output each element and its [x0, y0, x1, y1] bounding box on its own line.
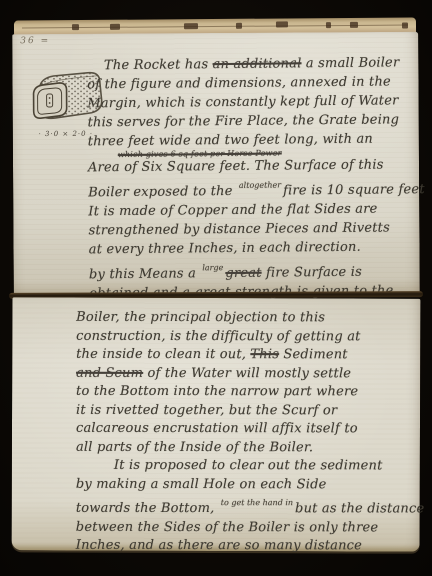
handwritten-text: fire Surface is [262, 265, 362, 281]
manuscript-line: towards the Bottom, to get the hand inbu… [76, 494, 416, 519]
handwritten-text: three feet wide and two feet long, with … [88, 132, 373, 150]
handwritten-text: at every three Inches, in each direction… [89, 240, 361, 258]
handwritten-body-bottom: Boiler, the principal objection to thisc… [76, 309, 416, 556]
handwritten-text: It is proposed to clear out the sediment [114, 458, 383, 473]
handwritten-text: all parts of the Inside of the Boiler. [76, 439, 313, 454]
handwritten-text: by this Means a [89, 266, 201, 282]
manuscript-line: between the Sides of the Boiler is only … [76, 518, 416, 537]
stitch-mark [236, 23, 242, 29]
handwritten-text: Sediment [279, 347, 348, 362]
handwritten-text: calcareous encrustation will affix itsel… [76, 421, 358, 436]
stitch-mark [184, 23, 198, 29]
handwritten-text: Inches, and as there are so many distanc… [76, 538, 362, 553]
margin-annotation: 36 = [20, 36, 50, 46]
handwritten-text: of the figure and dimensions, annexed in… [87, 74, 391, 92]
page-bottom: Boiler, the principal objection to thisc… [12, 297, 421, 551]
manuscript-line: the inside to clean it out, This Sedimen… [76, 346, 416, 365]
interlinear-insertion: large [202, 263, 223, 272]
manuscript-line: it is rivetted together, but the Scurf o… [76, 401, 416, 420]
handwritten-text: Margin, which is constantly kept full of… [87, 93, 398, 111]
manuscript-line: by this Means a largegreat fire Surface … [89, 256, 417, 284]
struck-out-text: This [250, 347, 279, 362]
handwritten-text: of the Water will mostly settle [143, 365, 351, 380]
handwritten-text: between the Sides of the Boiler is only … [76, 519, 379, 535]
interlinear-insertion: to get the hand in [221, 498, 293, 507]
page-top: 36 = [12, 32, 420, 296]
stitch-mark [350, 22, 358, 28]
manuscript-line: construction, is the difficulty of getti… [76, 327, 416, 346]
stitch-mark [72, 24, 79, 30]
manuscript-line: Boiler, the principal objection to this [76, 309, 416, 328]
stitch-mark [326, 22, 331, 28]
handwritten-text: strengthened by distance Pieces and Rive… [89, 220, 391, 238]
struck-out-text: an additional [213, 56, 302, 72]
handwritten-text: the inside to clean it out, [76, 347, 250, 362]
handwritten-body-top: The Rocket has an additional a small Boi… [87, 53, 417, 303]
manuscript-line: strengthened by distance Pieces and Rive… [88, 218, 416, 240]
struck-out-text: great [225, 266, 261, 281]
handwritten-text: towards the Bottom, [76, 501, 219, 516]
handwritten-text: The Rocket has [104, 57, 213, 73]
stitch-mark [276, 21, 288, 27]
handwritten-text: It is made of Copper and the flat Sides … [88, 202, 377, 220]
handwritten-text: Area of Six Square feet. The Surface of … [88, 158, 384, 176]
struck-out-text: and Scum [76, 365, 143, 380]
handwritten-text: this serves for the Fire Place, the Grat… [87, 112, 399, 130]
manuscript-line: Boiler exposed to the altogetherfire is … [88, 174, 416, 202]
manuscript-line: and Scum of the Water will mostly settle [76, 364, 416, 383]
manuscript-line: calcareous encrustation will affix itsel… [76, 420, 416, 439]
handwritten-text: construction, is the difficulty of getti… [76, 328, 360, 343]
handwritten-text: Boiler, the principal objection to this [76, 310, 325, 325]
stitch-mark [402, 22, 408, 28]
manuscript-line: Inches, and as there are so many distanc… [76, 537, 416, 556]
handwritten-text: a small Boiler [301, 55, 399, 71]
manuscript-line: by making a small Hole on each Side [76, 475, 416, 494]
handwritten-text: to the Bottom into the narrow part where [76, 384, 358, 399]
handwritten-text: by making a small Hole on each Side [76, 476, 327, 491]
handwritten-text: but as the distance [295, 501, 424, 516]
stitch-mark [110, 24, 120, 30]
manuscript-line: to the Bottom into the narrow part where [76, 383, 416, 402]
manuscript-scan: 36 = [0, 0, 432, 576]
manuscript-line: all parts of the Inside of the Boiler. [76, 438, 416, 457]
handwritten-text: fire is 10 square feet [283, 182, 425, 198]
handwritten-text: it is rivetted together, but the Scurf o… [76, 402, 337, 417]
handwritten-text: Boiler exposed to the [88, 184, 237, 200]
interlinear-insertion: altogether [239, 181, 281, 190]
manuscript-line: It is proposed to clear out the sediment [76, 457, 416, 476]
